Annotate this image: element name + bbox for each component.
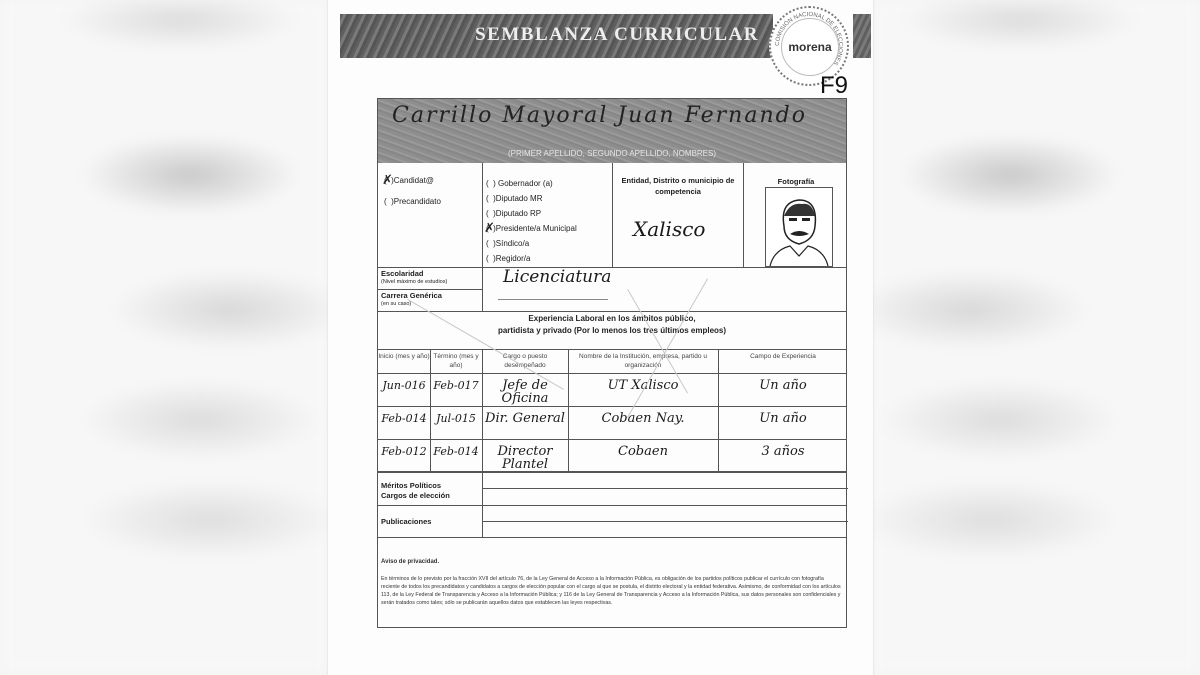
divider xyxy=(378,505,846,506)
divider xyxy=(612,163,613,267)
divider xyxy=(378,349,846,350)
position-option-regidor[interactable]: ( )Regidor/a xyxy=(486,254,530,263)
header-banner: SEMBLANZA CURRICULAR xyxy=(340,14,773,58)
table-row-divider xyxy=(378,439,846,440)
position-option-diputado-rp[interactable]: ( )Diputado RP xyxy=(486,209,541,218)
curriculum-form: Carrillo Mayoral Juan Fernando (PRIMER A… xyxy=(377,98,847,628)
experience-title-line2: partidista y privado (Por lo menos los t… xyxy=(378,325,846,337)
table-cell-field[interactable]: Un año xyxy=(720,379,846,392)
blurred-background-right xyxy=(870,0,1200,675)
table-cell-start[interactable]: Feb-014 xyxy=(380,412,428,425)
column-header: Campo de Experiencia xyxy=(718,352,848,361)
entity-value: Xalisco xyxy=(633,217,705,241)
publications-label: Publicaciones xyxy=(381,517,431,526)
privacy-title: Aviso de privacidad. xyxy=(381,559,439,565)
divider xyxy=(482,521,848,522)
position-option-municipal-president[interactable]: ✗ ( )Presidente/a Municipal xyxy=(486,224,577,233)
divider xyxy=(482,163,483,267)
divider xyxy=(718,349,719,472)
merits-label: Méritos Políticos Cargos de elección xyxy=(381,481,450,501)
divider xyxy=(482,349,483,472)
position-option-sindico[interactable]: ( )Síndico/a xyxy=(486,239,529,248)
seal-center: morena xyxy=(781,18,839,76)
divider xyxy=(430,349,431,472)
party-logo: morena xyxy=(788,40,831,54)
position-option-governor[interactable]: ( ) Gobernador (a) xyxy=(486,179,553,188)
form-code: F9 xyxy=(820,72,848,100)
divider xyxy=(378,537,846,538)
name-band: Carrillo Mayoral Juan Fernando (PRIMER A… xyxy=(378,99,846,163)
table-cell-field[interactable]: 3 años xyxy=(720,445,846,458)
table-cell-end[interactable]: Feb-014 xyxy=(432,445,480,458)
privacy-text: En términos de lo previsto por la fracci… xyxy=(381,575,843,607)
candidate-photo xyxy=(765,187,833,267)
entity-label: Entidad, Distrito o municipio de compete… xyxy=(618,175,738,197)
divider xyxy=(378,311,846,312)
table-row-divider xyxy=(378,472,846,473)
table-row-divider xyxy=(378,406,846,407)
table-cell-position[interactable]: Dir. General xyxy=(484,412,566,425)
table-cell-institution[interactable]: Cobaen Nay. xyxy=(570,412,716,425)
name-caption: (PRIMER APELLIDO, SEGUNDO APELLIDO, NOMB… xyxy=(378,149,846,158)
divider xyxy=(568,349,569,472)
position-option-diputado-mr[interactable]: ( )Diputado MR xyxy=(486,194,542,203)
checkmark-x-icon: ✗ xyxy=(484,221,495,234)
status-option-candidate[interactable]: ✗ ( )Candidat@ xyxy=(384,176,434,185)
header-banner-end xyxy=(853,14,871,58)
divider xyxy=(378,289,482,290)
column-header: Término (mes y año) xyxy=(430,352,482,370)
portrait-icon xyxy=(766,188,832,266)
banner-title: SEMBLANZA CURRICULAR xyxy=(475,24,759,46)
divider xyxy=(482,471,483,537)
career-value-line xyxy=(498,299,608,300)
table-cell-end[interactable]: Feb-017 xyxy=(432,379,480,392)
divider xyxy=(378,373,846,374)
photo-label: Fotografía xyxy=(744,177,848,186)
table-cell-field[interactable]: Un año xyxy=(720,412,846,425)
divider xyxy=(482,488,848,489)
divider xyxy=(482,267,483,311)
table-cell-institution[interactable]: Cobaen xyxy=(570,445,716,458)
blurred-background-left xyxy=(0,0,330,675)
document-page: SEMBLANZA CURRICULAR COMISIÓN NACIONAL D… xyxy=(328,0,873,675)
education-value[interactable]: Licenciatura xyxy=(503,267,611,287)
divider xyxy=(378,471,846,472)
name-handwritten: Carrillo Mayoral Juan Fernando xyxy=(392,103,807,128)
table-cell-end[interactable]: Jul-015 xyxy=(432,412,480,425)
table-cell-start[interactable]: Feb-012 xyxy=(380,445,428,458)
column-header: Inicio (mes y año) xyxy=(378,352,430,361)
education-label-block: Escolaridad (Nivel máximo de estudios) xyxy=(381,269,447,287)
checkmark-x-icon: ✗ xyxy=(382,173,393,186)
table-cell-start[interactable]: Jun-016 xyxy=(380,379,428,392)
column-header: Nombre de la Institución, empresa, parti… xyxy=(568,352,718,370)
status-option-precandidate[interactable]: ( )Precandidato xyxy=(384,197,441,206)
table-cell-position[interactable]: Director Plantel xyxy=(484,445,566,471)
